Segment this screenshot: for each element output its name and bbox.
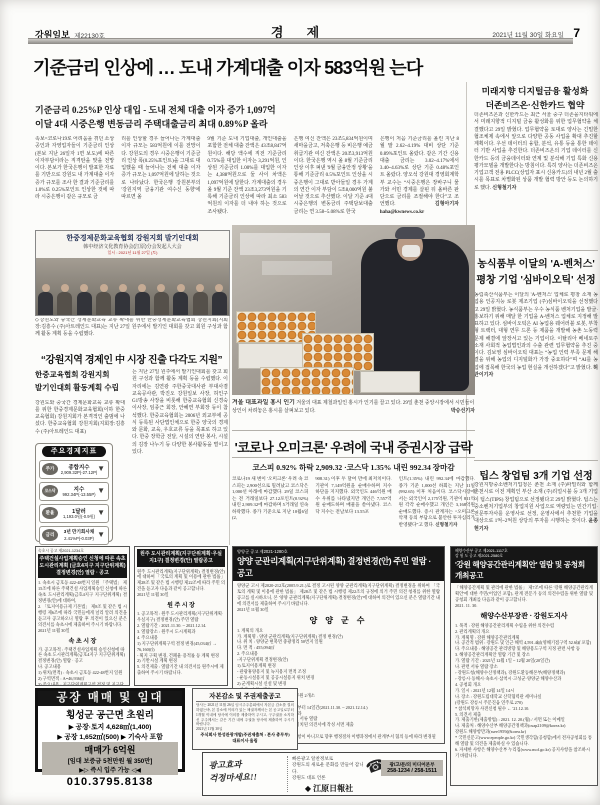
- ad-capital-signer: 대표이사 올림: [196, 738, 294, 744]
- lead-headline: 기준금리 인상에 … 도내 가계대출 이자 583억원 는다: [33, 54, 463, 80]
- ad-factory: 공장 매매 및 임대 횡성군 공근면 초원리 ▶ 공장·토지 4,628㎡(1,…: [35, 688, 185, 772]
- sokcho-body: 1. 속초시 금호동 422-48번지 일원 「주택법」 제15조에 따른 주택…: [38, 580, 127, 633]
- sea-body: 「해양공간계획 및 관리에 관한 법률」 제7조에 따른 '강원 해양공간관리계…: [455, 585, 593, 609]
- market-rule-bottom: [232, 457, 475, 458]
- ad-promo-divider: [287, 756, 288, 792]
- hanjoong-subhead-line1: 한중교육협회 강원지회: [35, 369, 125, 382]
- ad-factory-title: 공장 매매 및 임대: [38, 691, 182, 706]
- ad-factory-phone: 010.3795.8138: [38, 776, 182, 788]
- wonju-title: 원주 도시관리계획(지구단위계획·우실지1구) 결정변경(안) 열람공고: [137, 549, 225, 567]
- digital-body: 더존비즈온과 신한카드는 최근 서울 중구 더존을지타워에서 미래지향적 디지털…: [474, 112, 598, 244]
- ad-factory-location: 횡성군 공근면 초원리: [38, 707, 182, 721]
- ad-promo-logo: ◆ 江原日報社: [292, 783, 366, 794]
- ad-factory-movein: ▶▷ 즉시 입주 가능 ◁◀: [43, 765, 177, 774]
- person-silhouette: [154, 292, 169, 315]
- tips-headline: 팁스 창업팀 3개 기업 선정: [474, 460, 598, 482]
- lead-col1: 속보=코로나19로 어려움을 겪던 소상공인과 자영업자들이 기준금리 인상(본…: [35, 136, 114, 226]
- person-silhouette: [96, 292, 111, 315]
- wonju-signer: 원 주 시 장: [137, 600, 225, 609]
- ad-capital-body: 당사는 2021년 11월 26일 임시주주총회에서 자본금 감소를 결의하였는…: [196, 703, 294, 732]
- person-silhouette: [38, 292, 53, 315]
- lead-col3: 9월 기준 도내 기업대출, 개인대출을 포함한 전체 대출 잔액은 43조8,…: [207, 136, 286, 226]
- ad-promo-handwriting: 광고효과 걱정마세요!!: [202, 752, 283, 797]
- photo-box-shape: [238, 343, 306, 369]
- photo-vendor-mask: [402, 245, 420, 257]
- digital-byline: 신형철기자: [492, 186, 516, 191]
- ad-factory-line2: ▶ 공장 1,652㎡(500) ▶ 기숙사 포함: [38, 731, 182, 741]
- indicator-row-fx: 환율 1달러 1,193.0원(-0.9원) ▼: [39, 504, 109, 523]
- indicator-value: 2.41%P(-0.03P): [58, 536, 100, 541]
- market-body: 코로나19 새 변이 '오미크론' 우려 속 코스피는 2,900선으로 밀려났…: [232, 476, 475, 544]
- market-col1: 코로나19 새 변이 '오미크론' 우려 속 코스피는 2,900선으로 밀려났…: [232, 476, 308, 544]
- ad-factory-rent: [임대 보증금 5천만원 월 350만]: [43, 756, 177, 765]
- sea-title: '강원 해양공간관리계획안' 열람 및 공청회 개최공고: [455, 559, 593, 581]
- wonju-body: 원주 도시관리계획(지구단위계획) 결정변경(안)에 대하여 「국토의 계획 및…: [137, 569, 225, 599]
- gangwon-ilbo-logo-icon: ◆: [305, 784, 311, 793]
- down-arrow-icon: ▼: [97, 530, 105, 539]
- hanjoong-caption: ◇강원도와 중국간 경제문화교육 교류 확대를 위한 한중경제문화교육협회 강원…: [35, 318, 228, 348]
- yangyang-signer: 양 양 군 수: [237, 615, 440, 626]
- ad-promo-contact-box: 광/고/문/의 미디어본부 258-1234 / 258-1511: [381, 760, 443, 776]
- indicator-label: 금리: [42, 529, 58, 541]
- hanjoong-col2-text: 는 지난 27일 원주에서 발기인대회를 갖고 회원 구성과 함께 활동 계획 …: [132, 369, 228, 543]
- market-col2: 908.31) 이후 두 달여 만에 최저치이다. 기관이 7,149억원을 순…: [315, 476, 391, 544]
- wonju-details: 1. 공고목적 : 원주 도시관리계획(지구단위계획·우실지구) 결정변경(안)…: [137, 611, 225, 676]
- tips-body: 강원지방중소벤처기업청은 춘천 소재 (주)파밀리와 함께 춘천시로 이전 계획…: [474, 482, 598, 556]
- digital-deck-line1: 미래지향 디지털금융 활성화: [472, 84, 598, 98]
- indicator-value: 1,193.0원(-0.9원): [58, 514, 100, 520]
- photo-box-shape: [360, 371, 420, 393]
- photo-vendor-cap: [395, 227, 425, 239]
- ad-promo: 광고효과 걱정마세요!! 빠른광고 알찬정보로 강원도의 새로운 문화를 만들어…: [202, 752, 447, 796]
- photo-persimmon-crate: [302, 333, 374, 371]
- down-arrow-icon: ▼: [97, 486, 105, 495]
- indicator-label: 환율: [42, 507, 58, 519]
- lead-col5: 은행이 처음 기준금리를 올린 지난 8월 말 2.62~4.19% 대비 상단…: [380, 136, 459, 226]
- down-arrow-icon: ▼: [97, 508, 105, 517]
- market-photo: [232, 225, 475, 395]
- notice-sea: 해양수산부 공고 제2021-1117호 강 원 도 공고 제2021-2580…: [450, 546, 598, 786]
- aventure-headline-line1: 농식품부 이달의 'A-벤처스': [474, 257, 598, 273]
- lead-col4: 은행 여신 잔액은 23조5,834억원이며 새마을금고, 저축은행 등 비은행…: [294, 136, 373, 226]
- hanjoong-subhead: 한중교육협회 강원지회 발기인대회 활동계획 수립: [35, 369, 125, 395]
- lead-col2: 리를 인상할 경우 늘어나는 가계대출 이자 규모는 583억원에 이를 전망이…: [121, 136, 200, 226]
- ad-promo-middle: 빠른광고 알찬정보로 강원도의 새로운 문화를 만들어 갑니다. 강원도 대표 …: [292, 753, 366, 795]
- aventure-headline-line2: 평창 기업 '심바이오틱' 선정: [474, 273, 598, 289]
- banner-line2: 韩中经济文化教育协会(江原)分会发起人大会: [36, 243, 229, 250]
- market-rule-top: [232, 430, 475, 431]
- hanjoong-col1-text: 강원도와 중국간 경제문화교육 교류 확대를 위한 한중경제문화교육협회(이하 …: [35, 400, 125, 442]
- ad-promo-hand-line2: 걱정마세요!!: [209, 769, 281, 784]
- hanjoong-photo: 한중경제문화교육협회 강원지회 발기인대회 韩中经济文化教育协会(江原)分会发起…: [35, 230, 230, 316]
- person-silhouette: [77, 292, 92, 315]
- hanjoong-headline: “강원지역 경제인 中 시장 진출 다각도 지원”: [35, 351, 228, 366]
- photo-stall-shape: [240, 233, 330, 255]
- indicator-row-kosdaq: 코스닥 지수 992.34P(-13.55P) ▼: [39, 482, 109, 501]
- photo-vendor-figure: [361, 239, 469, 391]
- banner-line1: 한중경제문화교육협회 강원지회 발기인대회: [36, 233, 229, 243]
- sea-signer: 해양수산부장관 · 강원도지사: [455, 611, 593, 621]
- ad-factory-line1: ▶ 공장·토지 4,628㎡(1,400): [38, 721, 182, 731]
- ad-promo-text: 빠른광고 알찬정보로 강원도의 새로운 문화를 만들어 갑니다. 강원도 대표 …: [292, 756, 366, 782]
- ad-promo-contact-line2: 258-1234 / 258-1511: [383, 768, 441, 774]
- lead-subhead-1: 기준금리 0.25%P 인상 대입 - 도내 전체 대출 이자 증가 1,097…: [35, 103, 365, 116]
- aventure-headline: 농식품부 이달의 'A-벤처스' 평창 기업 '심바이오틱' 선정: [474, 250, 598, 289]
- hanjoong-subhead-line2: 발기인대회 활동계획 수립: [35, 382, 125, 395]
- person-silhouette: [193, 292, 208, 315]
- hanjoong-photo-banner: 한중경제문화교육협회 강원지회 발기인대회 韩中经济文化教育协会(江原)分会发起…: [36, 231, 229, 256]
- indicator-value: 2,909.32P(-27.12P): [58, 470, 100, 475]
- ad-factory-price: 매매가 6억원: [43, 743, 177, 756]
- ad-capital-reduction: 자본감소 및 주권제출공고 당사는 2021년 11월 26일 임시주주총회에서…: [192, 688, 298, 750]
- market-deck: 코스피 0.92% 하락 2,909.32 ·코스닥 1.35% 내린 992.…: [232, 462, 475, 473]
- sea-details: 1. 목적 : 강원 해양공간관리계획 수립을 위한 의견수렴 2. 관리계획의…: [455, 623, 593, 759]
- indicators-title: 주요경제지표: [42, 446, 106, 457]
- market-headline: '코로나 오미크론' 우려에 국내 증권시장 급락: [232, 437, 475, 456]
- indicator-label: 주가: [42, 463, 58, 475]
- down-arrow-icon: ▼: [97, 464, 105, 473]
- yangyang-header: 양양군 공고 제2021-1280호 양양 군관리계획(지구단위계획) 결정변경…: [233, 547, 444, 581]
- indicator-value: 992.34P(-13.55P): [58, 492, 100, 497]
- digital-deck-line2: 더존비즈온·신한카드 협약: [472, 98, 598, 112]
- person-silhouette: [173, 292, 188, 315]
- person-silhouette: [57, 292, 72, 315]
- indicator-label: 코스닥: [42, 485, 58, 497]
- indicator-row-stock: 주가 종합지수 2,909.32P(-27.12P) ▼: [39, 460, 109, 479]
- page-number: 7: [573, 26, 580, 40]
- photo-stall-shape: [262, 261, 332, 275]
- fruit-caption-title: 겨울 대표과일 홍시 인기: [232, 400, 295, 406]
- market-col3: 인트(1.35%) 내린 992.34에 마감했다. 종가 기준 1,000선 …: [399, 476, 475, 544]
- indicator-row-rate: 금리 3년 만기회사채 2.41%P(-0.03P) ▼: [39, 526, 109, 545]
- digital-deck: 미래지향 디지털금융 활성화 더존비즈온·신한카드 협약: [472, 84, 598, 112]
- ad-factory-pricebox: 매매가 6억원 [임대 보증금 5천만원 월 350만] ▶▷ 즉시 입주 가능…: [42, 742, 178, 775]
- aventure-body: 농림축산식품부는 이달의 'A-벤처스' 업체로 평창 소재 농업용 인공지능 …: [474, 292, 598, 454]
- person-silhouette: [212, 292, 227, 315]
- sea-header: 해양수산부 공고 제2021-1117호 강 원 도 공고 제2021-2580…: [451, 547, 597, 583]
- header-rule: [28, 38, 573, 44]
- person-silhouette: [115, 292, 130, 315]
- indicators-box: 주요경제지표 주가 종합지수 2,909.32P(-27.12P) ▼ 코스닥 …: [35, 443, 113, 542]
- notice-wonju: 원주 도시관리계획(지구단위계획·우실지1구) 결정변경(안) 열람공고 원주 …: [134, 546, 228, 686]
- fruit-credit: 박승선기자: [451, 408, 475, 416]
- yangyang-body: 양양군 고시 제2020-212호(2005.9.21.)로 결정 고시된 양양…: [237, 583, 440, 613]
- hanjoong-col1: 한중교육협회 강원지회 발기인대회 활동계획 수립 강원도와 중국간 경제문화교…: [35, 369, 125, 442]
- banner-line3: 일시 : 2021년 11월 27일 (토): [36, 250, 229, 256]
- hanjoong-photo-people: [36, 258, 229, 315]
- sokcho-details: 가. 공고목적 : 주택건설사업계획 승인신청에 따른 속초 도시관리계획(금호…: [38, 647, 127, 686]
- sokcho-title: 주택건설사업계획승인 신청에 따른 속초 도시관리계획 (금호4지구 지구단위계…: [38, 554, 127, 578]
- ad-promo-contact: ☎ 광/고/문/의 미디어본부 258-1234 / 258-1511: [366, 753, 446, 795]
- indicator-name: 3년 만기회사채: [60, 529, 98, 535]
- yangyang-title: 양양 군관리계획(지구단위계획) 결정변경(안) 주민 열람 · 공고: [237, 555, 440, 579]
- newspaper-page: 강원일보 제22130호 경 제 2021년 11월 30일 화요일 7 기준금…: [0, 0, 600, 805]
- notice-sokcho: 속초시 공고 제2021-1234호 주택건설사업계획승인 신청에 따른 속초 …: [35, 546, 130, 686]
- lead-body: 속보=코로나19로 어려움을 겪던 소상공인과 자영업자들이 기준금리 인상(본…: [35, 136, 459, 226]
- sokcho-signer: 속 초 시 장: [38, 636, 127, 645]
- lead-subhead-2: 이달 4대 시중은행 변동금리 주택대출금리 최대 0.89%P 올라: [35, 117, 365, 130]
- fruit-caption: 겨울 대표과일 홍시 인기 겨울의 대표 제철과일인 홍시가 인기를 끌고 있다…: [232, 399, 475, 425]
- market-byline: 신형철기자: [435, 522, 457, 527]
- ad-capital-title: 자본감소 및 주권제출공고: [196, 691, 294, 702]
- photo-persimmon-crate: [260, 367, 354, 395]
- person-silhouette: [135, 292, 150, 315]
